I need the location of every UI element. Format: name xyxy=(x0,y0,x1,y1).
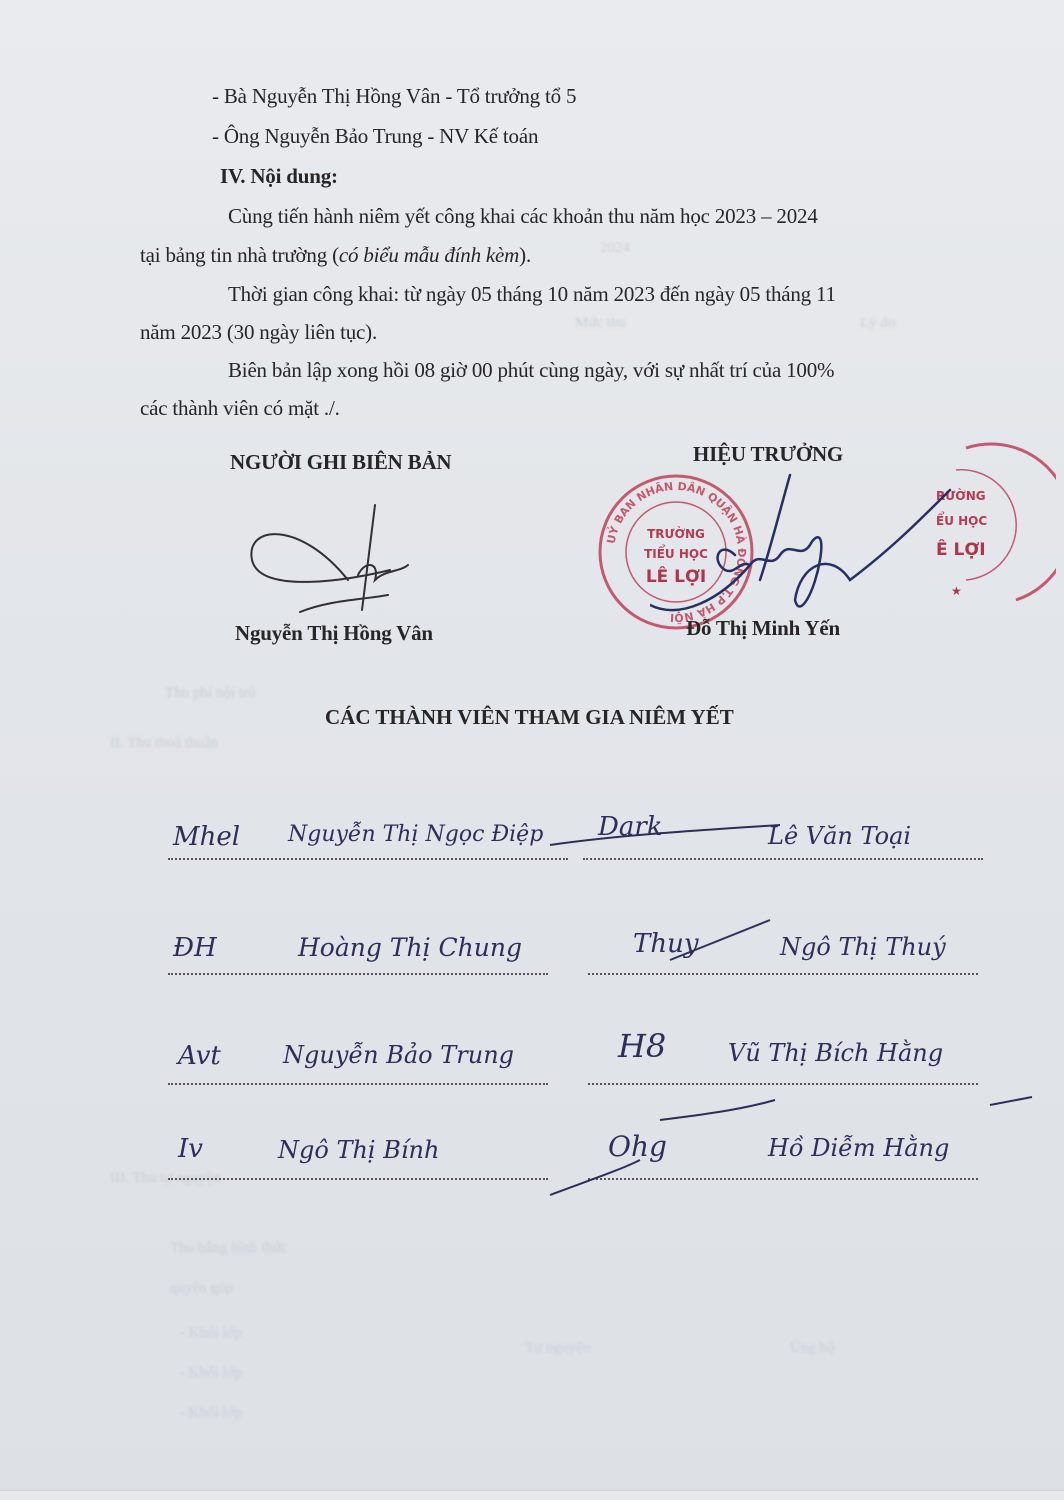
bleed-through-text: Mức thu xyxy=(575,315,626,332)
bleed-through-text: Ủng hộ xyxy=(790,1340,835,1357)
signature-stroke xyxy=(540,1085,1040,1205)
bleed-through-text: Tự nguyện xyxy=(525,1340,590,1357)
signature-stroke xyxy=(540,805,790,865)
member-name-handwritten: Ngô Thị Bính xyxy=(278,1136,439,1164)
member-name-handwritten: Nguyễn Bảo Trung xyxy=(283,1041,514,1069)
bleed-through-text: - Khối lớp xyxy=(180,1325,242,1342)
paragraph-text: các thành viên có mặt ./. xyxy=(140,396,340,421)
recorder-name: Nguyễn Thị Hồng Vân xyxy=(235,621,433,646)
paragraph-text: Thời gian công khai: từ ngày 05 tháng 10… xyxy=(228,282,836,307)
bleed-through-text: Lý do xyxy=(860,315,895,332)
bleed-through-text: - Khối lớp xyxy=(180,1365,242,1382)
recorder-signature xyxy=(240,500,420,620)
dotted-line xyxy=(168,1178,548,1180)
member-name-handwritten: Hoàng Thị Chung xyxy=(298,933,522,962)
page-bottom-edge xyxy=(0,1490,1064,1500)
dotted-line xyxy=(168,973,548,975)
attendee-line: - Ông Nguyễn Bảo Trung - NV Kế toán xyxy=(212,124,538,149)
bleed-through-text: quyên góp xyxy=(170,1280,233,1297)
dotted-line xyxy=(588,973,978,975)
paragraph-text: Cùng tiến hành niêm yết công khai các kh… xyxy=(228,204,818,229)
bleed-through-text: Thu bằng hình thức xyxy=(170,1240,288,1257)
recorder-title: NGƯỜI GHI BIÊN BẢN xyxy=(230,450,451,475)
paragraph-text: năm 2023 (30 ngày liên tục). xyxy=(140,320,377,345)
document-page: 2024 Mức thu Lý do Thu phí nội trú II. T… xyxy=(0,0,1064,1500)
member-name-handwritten: Ngô Thị Thuý xyxy=(780,933,946,961)
principal-name: Đỗ Thị Minh Yến xyxy=(686,616,840,641)
member-signature-row: ĐH Hoàng Thị Chung Thuy Ngô Thị Thuý xyxy=(168,925,988,985)
bleed-through-text: - Khối lớp xyxy=(180,1405,242,1422)
attendee-line: - Bà Nguyễn Thị Hồng Vân - Tổ trưởng tổ … xyxy=(212,84,576,109)
member-signature: Iv xyxy=(178,1134,203,1164)
principal-signature xyxy=(650,470,970,640)
member-signature: Avt xyxy=(178,1041,221,1071)
paragraph-text: Biên bản lập xong hồi 08 giờ 00 phút cùn… xyxy=(228,358,834,383)
principal-title: HIỆU TRƯỞNG xyxy=(693,442,843,467)
members-title: CÁC THÀNH VIÊN THAM GIA NIÊM YẾT xyxy=(325,705,734,730)
bleed-through-text: 2024 xyxy=(600,240,630,257)
member-name-handwritten: Vũ Thị Bích Hằng xyxy=(728,1039,943,1067)
member-signature: ĐH xyxy=(173,933,217,963)
paragraph-text: tại bảng tin nhà trường (có biểu mẫu đín… xyxy=(140,243,531,268)
dotted-line xyxy=(168,1083,548,1085)
signature-stroke xyxy=(650,915,780,965)
member-signature: H8 xyxy=(618,1027,666,1065)
bleed-through-text: II. Thu thoả thuận xyxy=(110,735,218,752)
member-signature: Mhel xyxy=(173,822,240,852)
dotted-line xyxy=(168,858,568,860)
section-heading: IV. Nội dung: xyxy=(220,164,338,189)
member-name-handwritten: Nguyễn Thị Ngọc Điệp xyxy=(288,822,543,847)
bleed-through-text: Thu phí nội trú xyxy=(165,685,255,702)
